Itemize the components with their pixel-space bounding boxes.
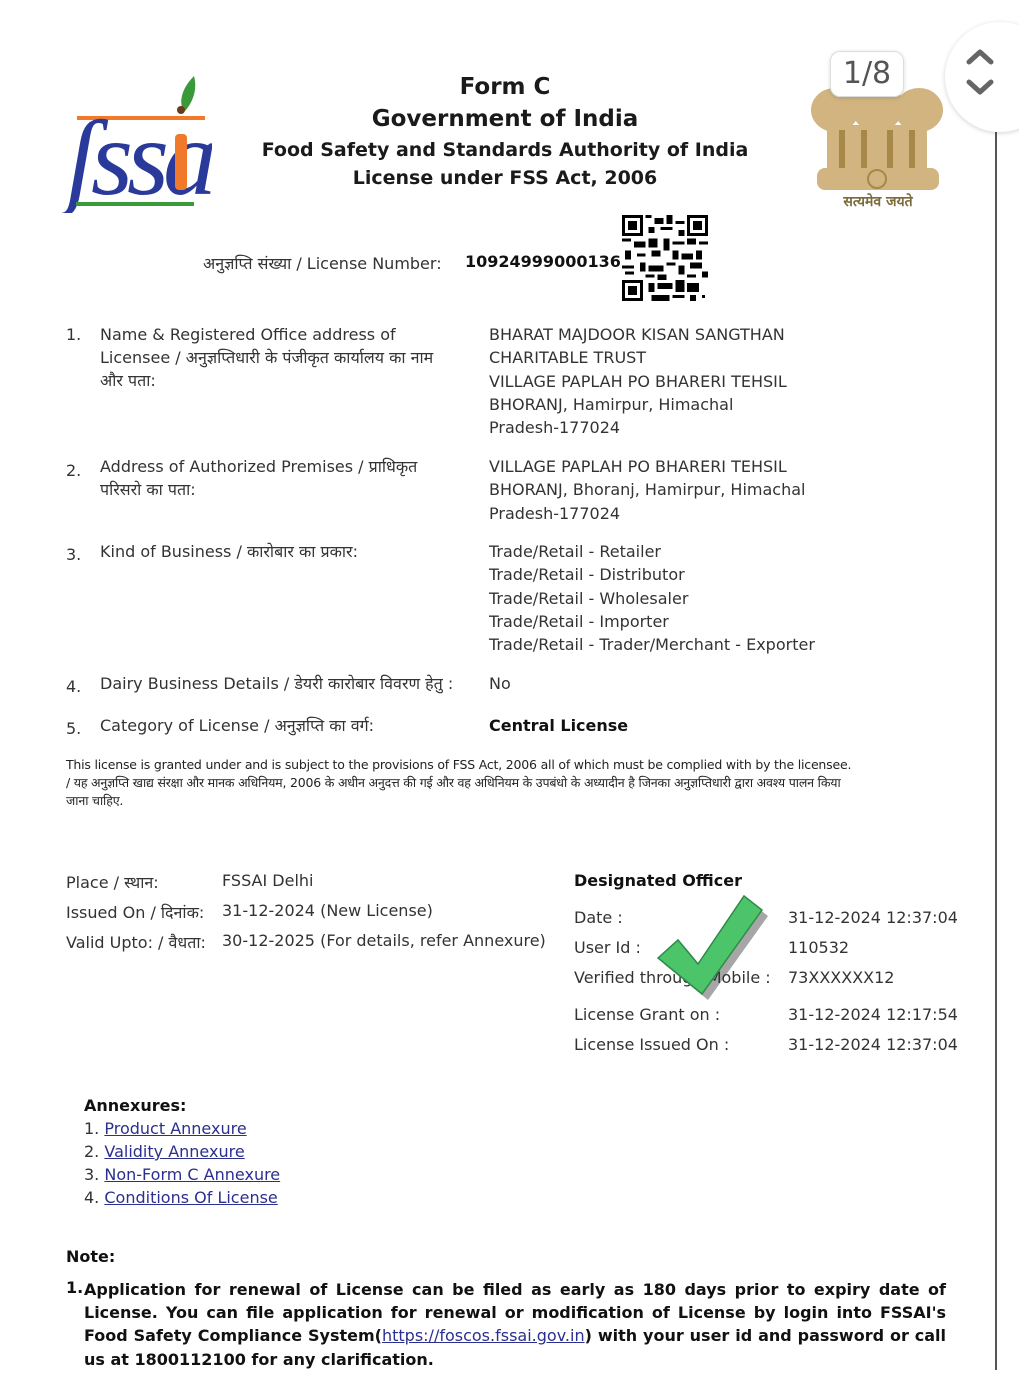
item-1-label: Name & Registered Office address of Lice…: [100, 323, 460, 392]
item-4-number: 4.: [66, 677, 81, 696]
value-line: BHORANJ, Bhoranj, Hamirpur, Himachal: [489, 478, 849, 501]
value-line: Trade/Retail - Wholesaler: [489, 587, 909, 610]
annexure-item: 1. Product Annexure: [84, 1119, 247, 1138]
valid-value: 30-12-2025 (For details, refer Annexure): [222, 931, 546, 950]
svg-text:ʃssa: ʃssa: [62, 99, 212, 213]
value-line: BHORANJ, Hamirpur, Himachal: [489, 393, 849, 416]
item-3-label: Kind of Business / कारोबार का प्रकार:: [100, 540, 460, 563]
license-number: 10924999000136: [465, 252, 621, 271]
officer-mobile-value: 73XXXXXX12: [788, 968, 894, 987]
value-line: Trade/Retail - Trader/Merchant - Exporte…: [489, 633, 909, 656]
conditions-of-license-link[interactable]: Conditions Of License: [104, 1188, 277, 1207]
place-value: FSSAI Delhi: [222, 871, 313, 890]
license-grant-value: 31-12-2024 12:17:54: [788, 1005, 958, 1024]
item-2-number: 2.: [66, 461, 81, 480]
green-checkmark-icon: [648, 892, 770, 1002]
annexure-number: 1.: [84, 1119, 99, 1138]
item-5-number: 5.: [66, 719, 81, 738]
note-title: Note:: [66, 1247, 115, 1266]
value-line: Trade/Retail - Importer: [489, 610, 909, 633]
government-title: Government of India: [250, 106, 760, 132]
non-form-c-annexure-link[interactable]: Non-Form C Annexure: [104, 1165, 280, 1184]
emblem-caption: सत्यमेव जयते: [818, 192, 938, 211]
page-edge: [995, 132, 997, 1370]
value-line: BHARAT MAJDOOR KISAN SANGTHAN: [489, 323, 849, 346]
validity-annexure-link[interactable]: Validity Annexure: [104, 1142, 244, 1161]
value-line: VILLAGE PAPLAH PO BHARERI TEHSIL: [489, 455, 849, 478]
annexures-title: Annexures:: [84, 1096, 186, 1115]
page-indicator: 1/8: [830, 51, 904, 97]
item-2-value: VILLAGE PAPLAH PO BHARERI TEHSIL BHORANJ…: [489, 455, 849, 525]
item-2-label: Address of Authorized Premises / प्राधिक…: [100, 455, 440, 501]
designated-officer-title: Designated Officer: [574, 871, 742, 890]
act-title: License under FSS Act, 2006: [250, 167, 760, 189]
chevron-up-icon[interactable]: [963, 46, 997, 66]
item-3-value: Trade/Retail - Retailer Trade/Retail - D…: [489, 540, 909, 656]
item-3-number: 3.: [66, 545, 81, 564]
officer-date-value: 31-12-2024 12:37:04: [788, 908, 958, 927]
license-issued-value: 31-12-2024 12:37:04: [788, 1035, 958, 1054]
item-4-label: Dairy Business Details / डेयरी कारोबार व…: [100, 672, 480, 695]
value-line: Pradesh-177024: [489, 416, 849, 439]
license-grant-label: License Grant on :: [574, 1005, 720, 1024]
license-number-label: अनुज्ञप्ति संख्या / License Number:: [203, 252, 442, 274]
annexure-item: 2. Validity Annexure: [84, 1142, 245, 1161]
item-1-number: 1.: [66, 325, 81, 344]
page-scroll-control[interactable]: [945, 22, 1019, 132]
annexure-number: 2.: [84, 1142, 99, 1161]
form-title: Form C: [250, 74, 760, 100]
qr-code-icon: [622, 215, 708, 301]
note-text: Application for renewal of License can b…: [84, 1278, 946, 1371]
item-1-value: BHARAT MAJDOOR KISAN SANGTHAN CHARITABLE…: [489, 323, 849, 439]
product-annexure-link[interactable]: Product Annexure: [104, 1119, 246, 1138]
item-5-label: Category of License / अनुज्ञप्ति का वर्ग…: [100, 714, 460, 737]
value-line: Pradesh-177024: [489, 502, 849, 525]
fssai-logo: ʃssa: [62, 68, 212, 213]
officer-userid-value: 110532: [788, 938, 849, 957]
chevron-down-icon[interactable]: [963, 78, 997, 98]
note-number: 1.: [66, 1278, 83, 1297]
issued-label: Issued On / दिनांक:: [66, 901, 204, 923]
officer-userid-label: User Id :: [574, 938, 641, 957]
item-4-value: No: [489, 672, 849, 695]
value-line: Trade/Retail - Retailer: [489, 540, 909, 563]
officer-date-label: Date :: [574, 908, 623, 927]
annexure-item: 4. Conditions Of License: [84, 1188, 278, 1207]
license-disclaimer: This license is granted under and is sub…: [66, 756, 856, 810]
annexure-number: 3.: [84, 1165, 99, 1184]
annexure-number: 4.: [84, 1188, 99, 1207]
valid-label: Valid Upto: / वैधता:: [66, 931, 206, 953]
license-issued-label: License Issued On :: [574, 1035, 729, 1054]
value-line: CHARITABLE TRUST: [489, 346, 849, 369]
issued-value: 31-12-2024 (New License): [222, 901, 433, 920]
annexure-item: 3. Non-Form C Annexure: [84, 1165, 280, 1184]
place-label: Place / स्थान:: [66, 871, 159, 893]
value-line: VILLAGE PAPLAH PO BHARERI TEHSIL: [489, 370, 849, 393]
value-line: Trade/Retail - Distributor: [489, 563, 909, 586]
foscos-link[interactable]: https://foscos.fssai.gov.in: [382, 1326, 585, 1345]
item-5-value: Central License: [489, 714, 849, 737]
authority-title: Food Safety and Standards Authority of I…: [250, 139, 760, 161]
